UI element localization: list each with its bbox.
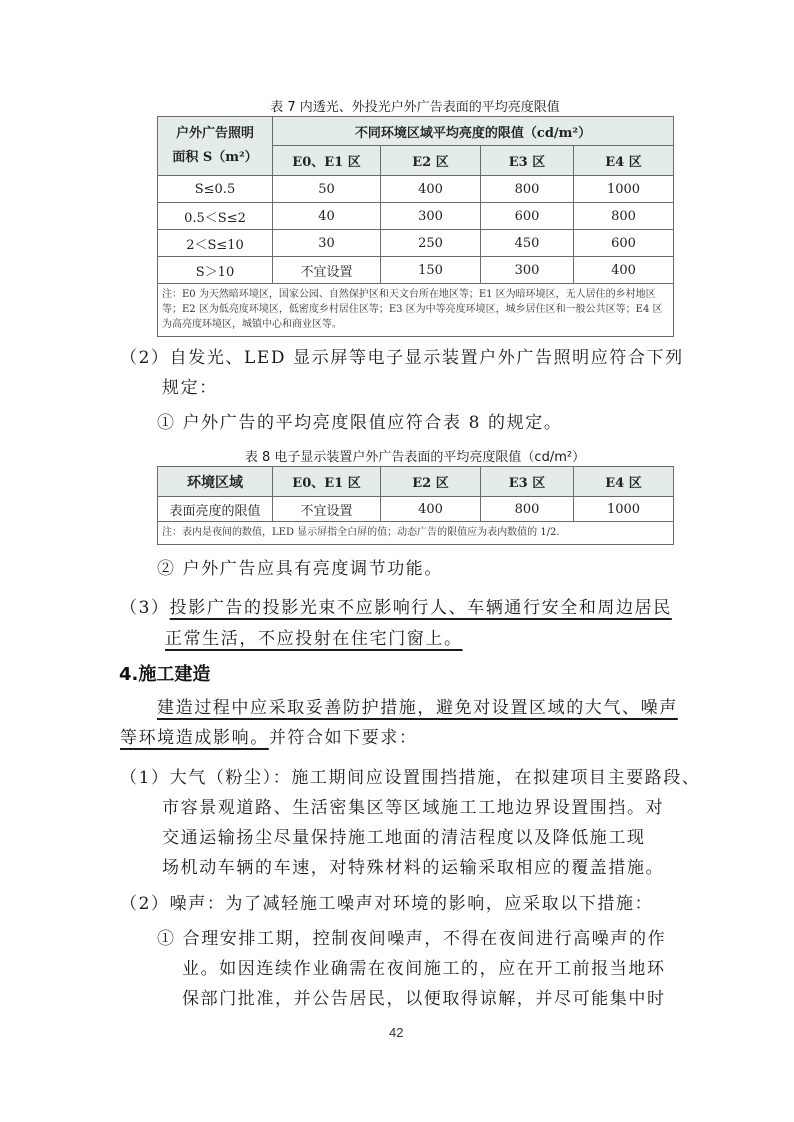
area-cell: 0.5＜S≤2: [158, 203, 273, 230]
table8-note: 注：表内是夜间的数值，LED 显示屏指全白屏的值；动态广告的限值应为表内数值的 …: [158, 522, 674, 545]
table8-col-e3: E3 区: [481, 467, 574, 497]
item2-sub2: ② 户外广告应具有亮度调节功能。: [157, 551, 443, 587]
table-row: 0.5＜S≤2 40 300 600 800: [158, 203, 674, 230]
value-cell: 50: [273, 176, 381, 203]
row-label: 表面亮度的限值: [158, 497, 273, 522]
item3-text-line2: 正常生活，不应投射在住宅门窗上。: [165, 629, 463, 649]
value-cell: 不宜设置: [273, 497, 381, 522]
value-cell: 800: [574, 203, 674, 230]
table8: 环境区域 E0、E1 区 E2 区 E3 区 E4 区 表面亮度的限值 不宜设置…: [157, 466, 674, 545]
table-row: S＞10 不宜设置 150 300 400: [158, 257, 674, 284]
value-cell: 800: [481, 497, 574, 522]
item3-text-line1: 投影广告的投影光束不应影响行人、车辆通行安全和周边居民: [170, 598, 672, 618]
intro-underlined-1: 建造过程中应采取妥善防护措施，避免对设置区域的大气、噪声: [157, 698, 678, 718]
table7-group-header: 不同环境区域平均亮度的限值（cd/m²）: [273, 117, 674, 146]
area-cell: S≤0.5: [158, 176, 273, 203]
intro-rest: 并符合如下要求：: [269, 728, 418, 748]
table8-header-zone: 环境区域: [158, 467, 273, 497]
value-cell: 40: [273, 203, 381, 230]
value-cell: 400: [574, 257, 674, 284]
value-cell: 1000: [574, 176, 674, 203]
table8-col-e0e1: E0、E1 区: [273, 467, 381, 497]
value-cell: 150: [381, 257, 481, 284]
value-cell: 250: [381, 230, 481, 257]
table8-col-e4: E4 区: [574, 467, 674, 497]
table8-col-e2: E2 区: [381, 467, 481, 497]
corner-header-line2: 面积 S（m²）: [158, 146, 272, 170]
dust-line4: 场机动车辆的车速，对特殊材料的运输采取相应的覆盖措施。: [162, 850, 664, 886]
table-row: 表面亮度的限值 不宜设置 400 800 1000: [158, 497, 674, 522]
table7-col-e0e1: E0、E1 区: [273, 146, 381, 176]
noise-line1: （2）噪声：为了减轻施工噪声对环境的影响，应采取以下措施：: [120, 886, 653, 922]
intro-underlined-2: 等环境造成影响。: [120, 728, 269, 748]
item2-line2: 规定：: [162, 370, 218, 406]
table-row: 2＜S≤10 30 250 450 600: [158, 230, 674, 257]
table7-col-e2: E2 区: [381, 146, 481, 176]
table7-col-e3: E3 区: [481, 146, 574, 176]
table7: 户外广告照明 面积 S（m²） 不同环境区域平均亮度的限值（cd/m²） E0、…: [157, 116, 674, 337]
value-cell: 400: [381, 176, 481, 203]
table7-col-e4: E4 区: [574, 146, 674, 176]
value-cell: 30: [273, 230, 381, 257]
area-cell: 2＜S≤10: [158, 230, 273, 257]
table-row: S≤0.5 50 400 800 1000: [158, 176, 674, 203]
value-cell: 300: [381, 203, 481, 230]
value-cell: 400: [381, 497, 481, 522]
corner-header-line1: 户外广告照明: [158, 122, 272, 146]
value-cell: 1000: [574, 497, 674, 522]
page-number: 42: [389, 1025, 403, 1040]
table7-caption: 表 7 内透光、外投光户外广告表面的平均亮度限值: [157, 96, 673, 115]
value-cell: 450: [481, 230, 574, 257]
area-cell: S＞10: [158, 257, 273, 284]
table8-caption: 表 8 电子显示装置户外广告表面的平均亮度限值（cd/m²）: [157, 446, 673, 465]
item3-prefix: （3）: [120, 598, 170, 618]
item2-sub1: ① 户外广告的平均亮度限值应符合表 8 的规定。: [157, 405, 562, 441]
section4-intro-line2: 等环境造成影响。并符合如下要求：: [120, 720, 418, 756]
value-cell: 800: [481, 176, 574, 203]
value-cell: 300: [481, 257, 574, 284]
value-cell: 不宜设置: [273, 257, 381, 284]
value-cell: 600: [574, 230, 674, 257]
section4-heading: 4.施工建造: [119, 660, 210, 686]
value-cell: 600: [481, 203, 574, 230]
table7-corner-header: 户外广告照明 面积 S（m²）: [158, 117, 273, 176]
item3-line2: 正常生活，不应投射在住宅门窗上。: [165, 621, 463, 657]
noise-sub1-line3: 保部门批准，并公告居民，以便取得谅解，并尽可能集中时: [182, 981, 666, 1017]
table7-note: 注：E0 为天然暗环境区，国家公园、自然保护区和天文台所在地区等；E1 区为暗环…: [158, 284, 674, 337]
